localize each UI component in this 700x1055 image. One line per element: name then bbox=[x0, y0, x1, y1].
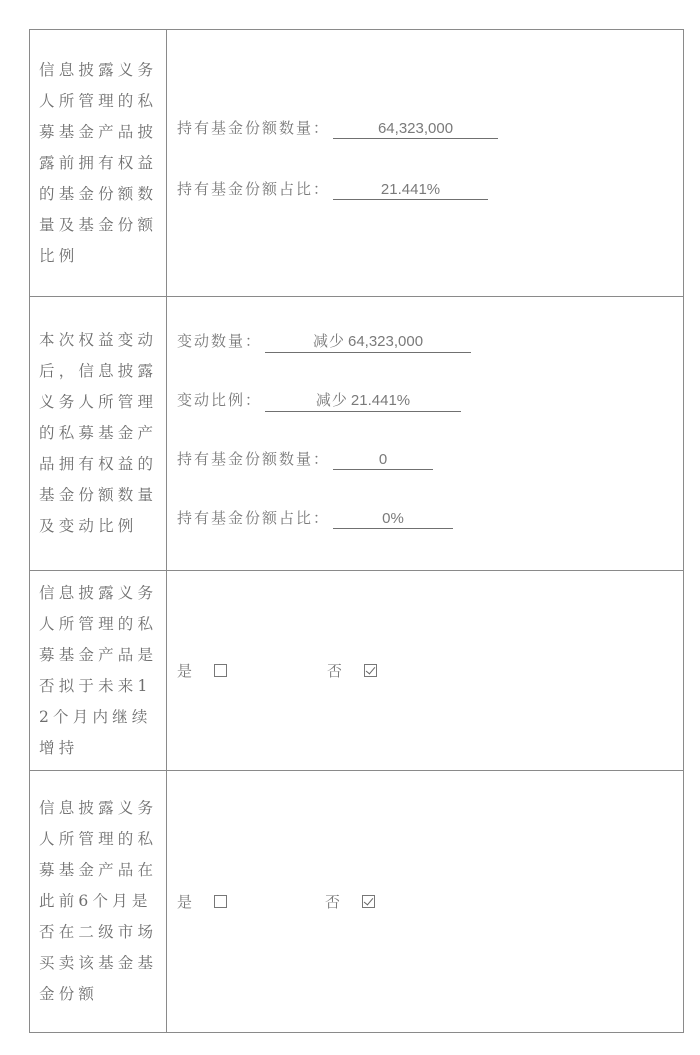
field-remaining-quantity: 持有基金份额数量： 0 bbox=[177, 448, 683, 479]
checkbox-unchecked-icon[interactable] bbox=[214, 895, 227, 908]
field-value: 21.441% bbox=[333, 181, 488, 200]
choice-label: 否 bbox=[325, 891, 340, 912]
yes-no-choice: 是 否 bbox=[177, 660, 683, 681]
table-row-future-increase: 信息披露义务人所管理的私募基金产品是否拟于未来12个月内继续增持 是 否 bbox=[30, 571, 684, 771]
value-number: 64,323,000 bbox=[348, 333, 423, 350]
row-content-cell: 变动数量： 减少64,323,000 变动比例： 减少21.441% 持有基金份… bbox=[167, 297, 684, 571]
value-prefix: 减少 bbox=[316, 391, 348, 409]
choice-label: 是 bbox=[177, 891, 192, 912]
row-label: 信息披露义务人所管理的私募基金产品是否拟于未来12个月内继续增持 bbox=[39, 578, 160, 764]
field-value: 64,323,000 bbox=[333, 120, 498, 139]
choice-yes[interactable]: 是 bbox=[177, 660, 327, 681]
choice-no[interactable]: 否 bbox=[327, 660, 377, 681]
field-remaining-ratio: 持有基金份额占比： 0% bbox=[177, 507, 683, 538]
disclosure-table: 信息披露义务人所管理的私募基金产品披露前拥有权益的基金份额数量及基金份额比例 持… bbox=[29, 29, 684, 1033]
row-label-cell: 信息披露义务人所管理的私募基金产品在此前6个月是否在二级市场买卖该基金基金份额 bbox=[30, 771, 167, 1033]
row-label: 信息披露义务人所管理的私募基金产品披露前拥有权益的基金份额数量及基金份额比例 bbox=[39, 55, 160, 272]
field-label: 变动数量： bbox=[177, 330, 262, 351]
table-row-pre-disclosure-holdings: 信息披露义务人所管理的私募基金产品披露前拥有权益的基金份额数量及基金份额比例 持… bbox=[30, 30, 684, 297]
field-holding-ratio: 持有基金份额占比： 21.441% bbox=[177, 178, 683, 209]
field-change-ratio: 变动比例： 减少21.441% bbox=[177, 389, 683, 420]
choice-yes[interactable]: 是 bbox=[177, 891, 325, 912]
row-content-cell: 持有基金份额数量： 64,323,000 持有基金份额占比： 21.441% bbox=[167, 30, 684, 297]
field-value: 减少64,323,000 bbox=[265, 330, 471, 353]
table-row-prior-trading: 信息披露义务人所管理的私募基金产品在此前6个月是否在二级市场买卖该基金基金份额 … bbox=[30, 771, 684, 1033]
field-value: 减少21.441% bbox=[265, 389, 461, 412]
field-value: 0 bbox=[333, 451, 433, 470]
choice-label: 是 bbox=[177, 660, 192, 681]
table-row-post-change-holdings: 本次权益变动后，信息披露义务人所管理的私募基金产品拥有权益的基金份额数量及变动比… bbox=[30, 297, 684, 571]
field-label: 变动比例： bbox=[177, 389, 262, 410]
field-holding-quantity: 持有基金份额数量： 64,323,000 bbox=[177, 117, 683, 148]
field-label: 持有基金份额占比： bbox=[177, 507, 330, 528]
checkbox-checked-icon[interactable] bbox=[362, 895, 375, 908]
checkbox-checked-icon[interactable] bbox=[364, 664, 377, 677]
row-content-cell: 是 否 bbox=[167, 571, 684, 771]
row-label-cell: 信息披露义务人所管理的私募基金产品是否拟于未来12个月内继续增持 bbox=[30, 571, 167, 771]
choice-no[interactable]: 否 bbox=[325, 891, 375, 912]
field-label: 持有基金份额占比： bbox=[177, 178, 330, 199]
field-label: 持有基金份额数量： bbox=[177, 117, 330, 138]
value-number: 21.441% bbox=[351, 392, 410, 409]
row-label: 本次权益变动后，信息披露义务人所管理的私募基金产品拥有权益的基金份额数量及变动比… bbox=[39, 325, 160, 542]
yes-no-choice: 是 否 bbox=[177, 891, 683, 912]
row-label-cell: 本次权益变动后，信息披露义务人所管理的私募基金产品拥有权益的基金份额数量及变动比… bbox=[30, 297, 167, 571]
row-label: 信息披露义务人所管理的私募基金产品在此前6个月是否在二级市场买卖该基金基金份额 bbox=[39, 793, 160, 1010]
field-label: 持有基金份额数量： bbox=[177, 448, 330, 469]
row-content-cell: 是 否 bbox=[167, 771, 684, 1033]
row-label-cell: 信息披露义务人所管理的私募基金产品披露前拥有权益的基金份额数量及基金份额比例 bbox=[30, 30, 167, 297]
choice-label: 否 bbox=[327, 660, 342, 681]
value-prefix: 减少 bbox=[313, 332, 345, 350]
field-change-quantity: 变动数量： 减少64,323,000 bbox=[177, 330, 683, 361]
checkbox-unchecked-icon[interactable] bbox=[214, 664, 227, 677]
field-value: 0% bbox=[333, 510, 453, 529]
